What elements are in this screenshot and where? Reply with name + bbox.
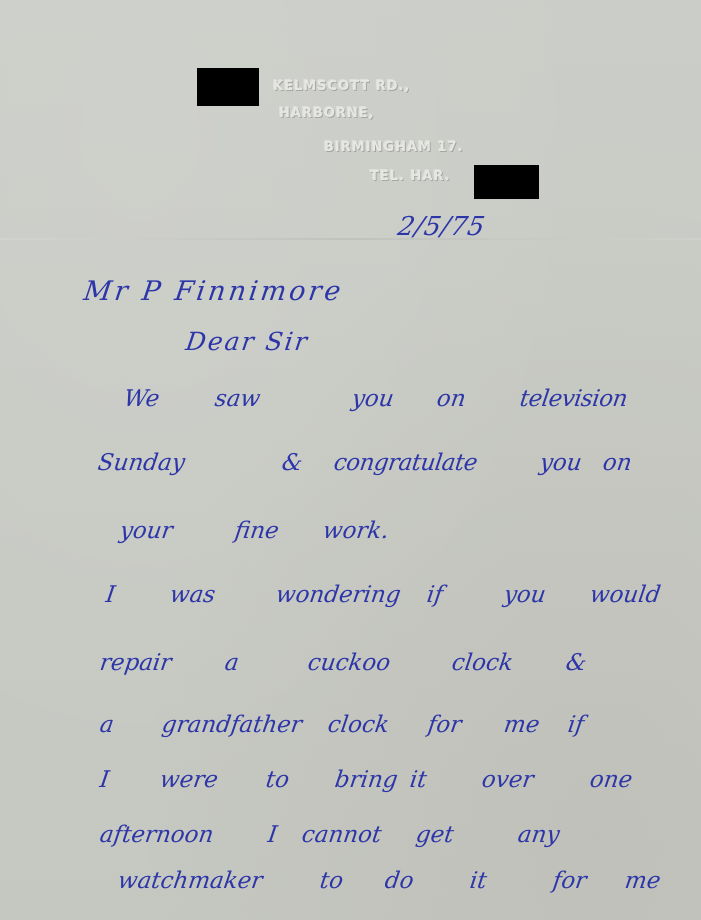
body-word: a [223,650,240,676]
body-line-7: I were to bring it over one [0,767,701,807]
body-line-3: your fine work. [0,518,701,558]
body-word: do [383,868,415,894]
body-word: afternoon [98,822,215,848]
body-word: to [318,868,345,894]
redaction-phone-number [474,165,539,199]
body-line-1: We saw you on television [0,386,701,426]
body-word: to [264,767,291,793]
body-word: was [168,582,217,608]
body-word: television [518,386,629,412]
body-word: on [601,450,633,476]
body-word: for [551,868,588,894]
body-word: saw [213,386,262,412]
body-word: on [435,386,467,412]
body-word: a [98,712,115,738]
body-line-8: afternoon I cannot get any [0,822,701,862]
body-word: We [122,386,161,412]
body-word: for [426,712,463,738]
body-line-4: I was wondering if you would [0,582,701,622]
body-word: if [425,582,445,608]
recipient-name: Mr P Finnimore [82,276,346,307]
body-word: clock [326,712,391,738]
body-word: I [104,582,117,608]
body-word: over [480,767,535,793]
body-word: bring [333,767,399,793]
letterhead-street: KELMSCOTT RD., [273,79,410,95]
body-word: one [588,767,634,793]
body-word: get [414,822,455,848]
letter-page: KELMSCOTT RD., HARBORNE, BIRMINGHAM 17. … [0,0,701,920]
body-word: your [118,518,174,544]
body-word: I [266,822,279,848]
body-word: congratulate [332,450,479,476]
body-word: grandfather [160,712,304,738]
body-word: clock [450,650,515,676]
body-word: work. [321,518,390,544]
body-word: any [516,822,561,848]
body-word: Sunday [96,450,186,476]
body-word: & [280,450,304,476]
body-word: it [468,868,488,894]
body-line-9: watchmaker to do it for me [0,868,701,908]
letterhead-district: HARBORNE, [279,106,375,122]
body-word: wondering [274,582,402,608]
body-word: you [350,386,395,412]
body-line-6: a grandfather clock for me if [0,712,701,752]
paper-fold-line [0,238,701,240]
body-word: cuckoo [306,650,392,676]
body-word: were [158,767,220,793]
body-word: & [564,650,588,676]
body-word: it [408,767,428,793]
body-word: if [566,712,586,738]
redaction-house-number [197,68,259,106]
letterhead-city: BIRMINGHAM 17. [324,140,464,156]
body-word: me [623,868,662,894]
body-line-2: Sunday & congratulate you on [0,450,701,490]
letterhead-telephone: TEL. HAR. [370,169,451,185]
body-word: would [588,582,662,608]
body-word: me [502,712,541,738]
body-word: cannot [300,822,383,848]
body-line-5: repair a cuckoo clock & [0,650,701,690]
body-word: I [98,767,111,793]
body-word: fine [233,518,280,544]
body-word: repair [98,650,173,676]
greeting: Dear Sir [184,327,311,356]
letter-date: 2/5/75 [395,212,487,242]
body-word: you [502,582,547,608]
body-word: watchmaker [116,868,264,894]
body-word: you [538,450,583,476]
